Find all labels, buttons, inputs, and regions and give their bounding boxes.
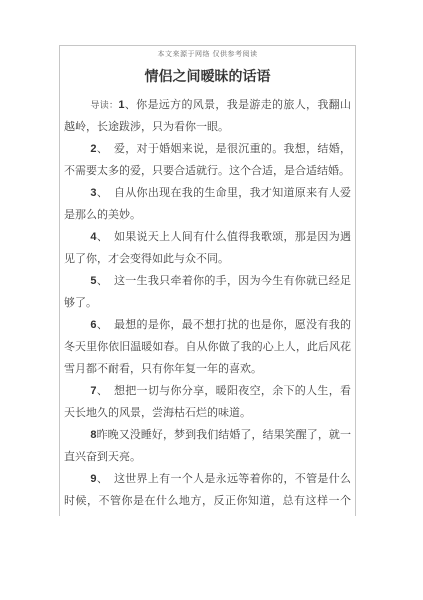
list-item: 2、 爱，对于婚姻来说，是很沉重的。我想，结婚，不需要太多的爱，只要合适就行。这…: [64, 138, 351, 182]
item-separator: 、: [125, 99, 137, 111]
list-item: 9、 这世界上有一个人是永远等着你的，不管是什么时候，不管你是在什么地方，反正你…: [64, 468, 351, 516]
item-separator: 、: [97, 187, 114, 199]
source-note: 本文来源于网络 仅供参考阅读: [64, 50, 351, 60]
document-page: 本文来源于网络 仅供参考阅读 情侣之间暧昧的话语 导读：1、你是远方的风景，我是…: [59, 45, 356, 516]
page-title: 情侣之间暧昧的话语: [64, 67, 351, 85]
list-item: 4、 如果说天上人间有什么值得我歌颂，那是因为遇见了你，才会变得如此与众不同。: [64, 226, 351, 270]
list-item: 7、 想把一切与你分享，暖阳夜空，余下的人生，看天长地久的风景，尝海枯石烂的味道…: [64, 380, 351, 424]
item-prefix: 导读：: [90, 100, 118, 110]
list-item: 8昨晚又没睡好，梦到我们结婚了，结果笑醒了，就一直兴奋到天亮。: [64, 424, 351, 468]
list-item: 6、 最想的是你，最不想打扰的也是你，愿没有我的冬天里你依旧温暖如春。自从你做了…: [64, 314, 351, 380]
item-separator: 、: [97, 319, 114, 331]
item-separator: 、: [97, 275, 114, 287]
item-separator: 、: [97, 143, 114, 155]
item-text: 昨晚又没睡好，梦到我们结婚了，结果笑醒了，就一直兴奋到天亮。: [64, 429, 351, 463]
item-separator: 、: [97, 473, 114, 485]
item-separator: 、: [97, 385, 114, 397]
item-separator: 、: [97, 231, 114, 243]
document-body: 导读：1、你是远方的风景，我是游走的旅人，我翻山越岭，长途跋涉，只为看你一眼。 …: [64, 94, 351, 516]
list-item: 导读：1、你是远方的风景，我是游走的旅人，我翻山越岭，长途跋涉，只为看你一眼。: [64, 94, 351, 138]
list-item: 3、 自从你出现在我的生命里，我才知道原来有人爱是那么的美妙。: [64, 182, 351, 226]
document-canvas: 本文来源于网络 仅供参考阅读 情侣之间暧昧的话语 导读：1、你是远方的风景，我是…: [0, 0, 423, 600]
list-item: 5、 这一生我只牵着你的手，因为今生有你就已经足够了。: [64, 270, 351, 314]
